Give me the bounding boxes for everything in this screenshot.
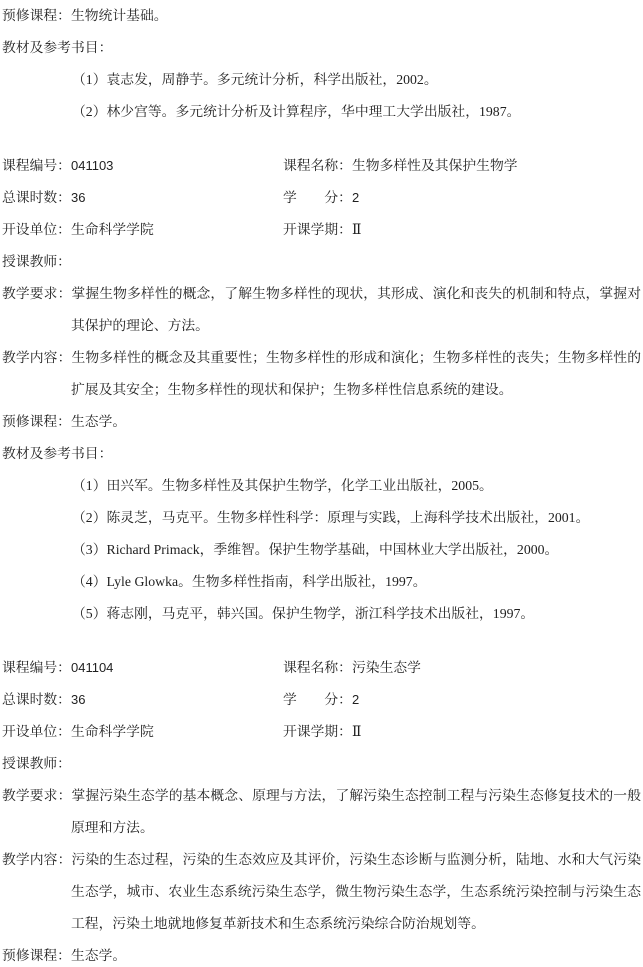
field-label: 预修课程： <box>2 414 71 429</box>
reference-item: （3）Richard Primack，季维智。保护生物学基础，中国林业大学出版社… <box>2 534 641 566</box>
course-header-row: 课程编号：041103 课程名称：生物多样性及其保护生物学 <box>2 150 641 182</box>
field-label: 教学要求： <box>2 286 71 301</box>
field-label: 授课教师： <box>2 756 71 771</box>
course-header-row: 总课时数：36 学 分：2 <box>2 182 641 214</box>
credits-field: 学 分：2 <box>283 182 641 214</box>
field-value: 掌握生物多样性的概念，了解生物多样性的现状，其形成、演化和丧失的机制和特点，掌握… <box>71 286 641 333</box>
field-label: 开设单位： <box>2 724 71 739</box>
field-label: 开设单位： <box>2 222 71 237</box>
field-value: 生态学。 <box>71 948 126 963</box>
field-label: 预修课程： <box>2 948 71 963</box>
field-label: 学 分： <box>283 190 352 205</box>
field-label: 总课时数： <box>2 692 71 707</box>
prerequisite-line: 预修课程：生物统计基础。 <box>2 0 641 32</box>
textbooks-heading: 教材及参考书目： <box>2 32 641 64</box>
total-hours-field: 总课时数：36 <box>2 182 283 214</box>
total-hours-value: 36 <box>71 692 85 707</box>
semester-value: Ⅱ <box>352 222 361 237</box>
course-section-2: 课程编号：041104 课程名称：污染生态学 总课时数：36 学 分：2 开设单… <box>2 652 641 967</box>
offering-unit-value: 生命科学学院 <box>71 222 154 237</box>
course-number-value: 041104 <box>71 660 113 675</box>
course-name-field: 课程名称：污染生态学 <box>283 652 641 684</box>
semester-field: 开课学期：Ⅱ <box>283 214 641 246</box>
course-header-row: 开设单位：生命科学学院 开课学期：Ⅱ <box>2 214 641 246</box>
teaching-contents-paragraph: 教学内容：生物多样性的概念及其重要性；生物多样性的形成和演化；生物多样性的丧失；… <box>2 342 641 406</box>
prerequisite-line: 预修课程：生态学。 <box>2 940 641 967</box>
field-label: 开课学期： <box>283 222 352 237</box>
reference-item: （2）林少宫等。多元统计分析及计算程序，华中理工大学出版社，1987。 <box>2 96 641 128</box>
field-value: 生物多样性的概念及其重要性；生物多样性的形成和演化；生物多样性的丧失；生物多样性… <box>71 350 641 397</box>
reference-item: （4）Lyle Glowka。生物多样性指南，科学出版社，1997。 <box>2 566 641 598</box>
reference-item: （1）袁志发，周静芋。多元统计分析，科学出版社，2002。 <box>2 64 641 96</box>
course-header-row: 总课时数：36 学 分：2 <box>2 684 641 716</box>
offering-unit-value: 生命科学学院 <box>71 724 154 739</box>
field-label: 教学内容： <box>2 350 71 365</box>
course-header-row: 课程编号：041104 课程名称：污染生态学 <box>2 652 641 684</box>
teaching-requirements-paragraph: 教学要求：掌握生物多样性的概念，了解生物多样性的现状，其形成、演化和丧失的机制和… <box>2 278 641 342</box>
course-section-1: 课程编号：041103 课程名称：生物多样性及其保护生物学 总课时数：36 学 … <box>2 150 641 630</box>
credits-field: 学 分：2 <box>283 684 641 716</box>
field-label: 预修课程： <box>2 8 71 23</box>
field-label: 开课学期： <box>283 724 352 739</box>
total-hours-field: 总课时数：36 <box>2 684 283 716</box>
field-value: 污染的生态过程，污染的生态效应及其评价，污染生态诊断与监测分析，陆地、水和大气污… <box>71 852 641 931</box>
teacher-field: 授课教师： <box>2 246 641 278</box>
credits-value: 2 <box>352 692 359 707</box>
field-label: 总课时数： <box>2 190 71 205</box>
course-number-field: 课程编号：041103 <box>2 150 283 182</box>
offering-unit-field: 开设单位：生命科学学院 <box>2 716 283 748</box>
field-label: 学 分： <box>283 692 352 707</box>
field-label: 授课教师： <box>2 254 71 269</box>
course-name-field: 课程名称：生物多样性及其保护生物学 <box>283 150 641 182</box>
course-name-value: 生物多样性及其保护生物学 <box>352 158 518 173</box>
field-label: 课程名称： <box>283 660 352 675</box>
teaching-requirements-paragraph: 教学要求：掌握污染生态学的基本概念、原理与方法，了解污染生态控制工程与污染生态修… <box>2 780 641 844</box>
previous-course-fragment: 预修课程：生物统计基础。 教材及参考书目： （1）袁志发，周静芋。多元统计分析，… <box>2 0 641 128</box>
reference-item: （5）蒋志刚，马克平，韩兴国。保护生物学，浙江科学技术出版社，1997。 <box>2 598 641 630</box>
semester-value: Ⅱ <box>352 724 361 739</box>
reference-item: （1）田兴军。生物多样性及其保护生物学，化学工业出版社，2005。 <box>2 470 641 502</box>
field-label: 课程编号： <box>2 158 71 173</box>
field-label: 教学内容： <box>2 852 71 867</box>
course-number-value: 041103 <box>71 158 113 173</box>
textbooks-heading: 教材及参考书目： <box>2 438 641 470</box>
course-syllabus-document: 预修课程：生物统计基础。 教材及参考书目： （1）袁志发，周静芋。多元统计分析，… <box>0 0 643 967</box>
prerequisite-line: 预修课程：生态学。 <box>2 406 641 438</box>
field-label: 课程名称： <box>283 158 352 173</box>
total-hours-value: 36 <box>71 190 85 205</box>
semester-field: 开课学期：Ⅱ <box>283 716 641 748</box>
field-label: 课程编号： <box>2 660 71 675</box>
field-value: 生物统计基础。 <box>71 8 168 23</box>
course-number-field: 课程编号：041104 <box>2 652 283 684</box>
course-header-row: 开设单位：生命科学学院 开课学期：Ⅱ <box>2 716 641 748</box>
offering-unit-field: 开设单位：生命科学学院 <box>2 214 283 246</box>
teacher-field: 授课教师： <box>2 748 641 780</box>
field-label: 教学要求： <box>2 788 71 803</box>
course-name-value: 污染生态学 <box>352 660 421 675</box>
field-value: 掌握污染生态学的基本概念、原理与方法，了解污染生态控制工程与污染生态修复技术的一… <box>71 788 641 835</box>
reference-item: （2）陈灵芝，马克平。生物多样性科学：原理与实践，上海科学技术出版社，2001。 <box>2 502 641 534</box>
credits-value: 2 <box>352 190 359 205</box>
field-value: 生态学。 <box>71 414 126 429</box>
teaching-contents-paragraph: 教学内容：污染的生态过程，污染的生态效应及其评价，污染生态诊断与监测分析，陆地、… <box>2 844 641 940</box>
